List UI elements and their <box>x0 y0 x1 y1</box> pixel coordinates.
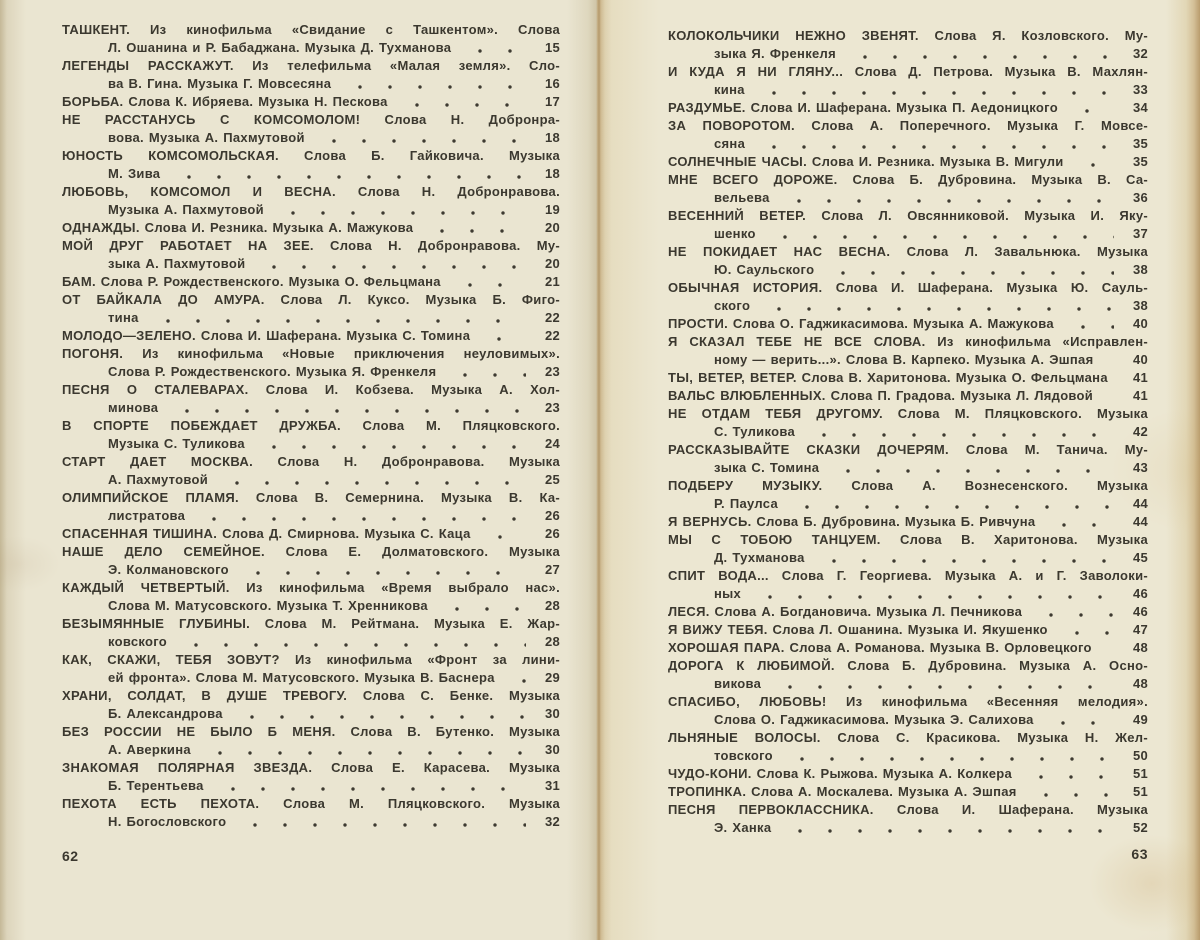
dot-leader <box>1074 153 1114 171</box>
dot-leader <box>1103 351 1114 369</box>
toc-entry: СПАСИБО, ЛЮБОВЬ! Из кинофильма «Весенняя… <box>668 693 1148 729</box>
toc-entry-text: С. Туликова <box>668 423 795 441</box>
toc-entry: Я ВЕРНУСЬ. Слова Б. Дубровина. Музыка Б.… <box>668 513 1148 531</box>
toc-entry-text: ОБЫЧНАЯ ИСТОРИЯ. Слова И. Шаферана. Музы… <box>668 280 1148 295</box>
toc-page-ref: 20 <box>538 219 560 237</box>
toc-entry: ЮНОСТЬ КОМСОМОЛЬСКАЯ. Слова Б. Гайковича… <box>62 147 560 183</box>
toc-page-ref: 32 <box>1126 45 1148 63</box>
toc-page-ref: 30 <box>538 741 560 759</box>
toc-entry-line: Я ВИЖУ ТЕБЯ. Слова Л. Ошанина. Музыка И.… <box>668 621 1148 639</box>
dot-leader <box>1068 99 1114 117</box>
toc-entry-line: Н. Богословского32 <box>62 813 560 831</box>
toc-entry: НАШЕ ДЕЛО СЕМЕЙНОЕ. Слова Е. Долматовско… <box>62 543 560 579</box>
toc-entry: РАССКАЗЫВАЙТЕ СКАЗКИ ДОЧЕРЯМ. Слова М. Т… <box>668 441 1148 477</box>
toc-entry-text: тина <box>62 309 139 327</box>
toc-entry-text: ТЫ, ВЕТЕР, ВЕТЕР. Слова В. Харитонова. М… <box>668 369 1104 387</box>
page-left: ТАШКЕНТ. Из кинофильма «Свидание с Ташке… <box>0 0 597 940</box>
toc-entry-line: Слова Р. Рождественского. Музыка Я. Френ… <box>62 363 560 381</box>
toc-entry: ПОДБЕРУ МУЗЫКУ. Слова А. Вознесенского. … <box>668 477 1148 513</box>
toc-entry-text: зыка А. Пахмутовой <box>62 255 245 273</box>
toc-entry-line: ВАЛЬС ВЛЮБЛЕННЫХ. Слова П. Градова. Музы… <box>668 387 1148 405</box>
toc-entry-line: КАЖДЫЙ ЧЕТВЕРТЫЙ. Из кинофильма «Время в… <box>62 579 560 597</box>
toc-page-ref: 38 <box>1126 297 1148 315</box>
toc-entry: ЛЕГЕНДЫ РАССКАЖУТ. Из телефильма «Малая … <box>62 57 560 93</box>
toc-page-ref: 29 <box>538 669 560 687</box>
toc-page-ref: 17 <box>538 93 560 111</box>
toc-entry: ОДНАЖДЫ. Слова И. Резника. Музыка А. Маж… <box>62 219 560 237</box>
toc-column-left: ТАШКЕНТ. Из кинофильма «Свидание с Ташке… <box>0 0 597 831</box>
toc-entry-line: сяна35 <box>668 135 1148 153</box>
toc-entry-line: МОЙ ДРУГ РАБОТАЕТ НА ЗЕЕ. Слова Н. Добро… <box>62 237 560 255</box>
dot-leader <box>446 363 526 381</box>
toc-entry-text: Слова Р. Рождественского. Музыка Я. Френ… <box>62 363 436 381</box>
toc-page-ref: 18 <box>538 165 560 183</box>
toc-entry: ДОРОГА К ЛЮБИМОЙ. Слова Б. Дубровина. Му… <box>668 657 1148 693</box>
toc-entry-line: БЕЗЫМЯННЫЕ ГЛУБИНЫ. Слова М. Рейтмана. М… <box>62 615 560 633</box>
toc-entry: КОЛОКОЛЬЧИКИ НЕЖНО ЗВЕНЯТ. Слова Я. Козл… <box>668 27 1148 63</box>
toc-entry: ТАШКЕНТ. Из кинофильма «Свидание с Ташке… <box>62 21 560 57</box>
toc-entry-text: вельева <box>668 189 770 207</box>
toc-entry-text: РАССКАЗЫВАЙТЕ СКАЗКИ ДОЧЕРЯМ. Слова М. Т… <box>668 442 1148 457</box>
toc-entry-line: ТАШКЕНТ. Из кинофильма «Свидание с Ташке… <box>62 21 560 39</box>
toc-entry-line: ПРОСТИ. Слова О. Гаджикасимова. Музыка А… <box>668 315 1148 333</box>
toc-entry-line: викова48 <box>668 675 1148 693</box>
toc-page-ref: 28 <box>538 633 560 651</box>
toc-entry-line: ЗА ПОВОРОТОМ. Слова А. Поперечного. Музы… <box>668 117 1148 135</box>
toc-entry-line: В СПОРТЕ ПОБЕЖДАЕТ ДРУЖБА. Слова М. Пляц… <box>62 417 560 435</box>
dot-leader <box>315 129 526 147</box>
dot-leader <box>771 675 1114 693</box>
dot-leader <box>824 261 1114 279</box>
toc-page-ref: 22 <box>538 309 560 327</box>
toc-page-ref: 52 <box>1126 819 1148 837</box>
toc-entry-line: листратова26 <box>62 507 560 525</box>
dot-leader <box>1045 513 1114 531</box>
toc-entry-text: ПОГОНЯ. Из кинофильма «Новые приключения… <box>62 346 560 361</box>
toc-entry-text: кина <box>668 81 745 99</box>
toc-entry-text: Р. Паулса <box>668 495 778 513</box>
toc-entry-line: КАК, СКАЖИ, ТЕБЯ ЗОВУТ? Из кинофильма «Ф… <box>62 651 560 669</box>
toc-page-ref: 34 <box>1126 99 1148 117</box>
toc-entry-line: Э. Ханка52 <box>668 819 1148 837</box>
toc-entry-line: М. Зива18 <box>62 165 560 183</box>
toc-entry-line: ского38 <box>668 297 1148 315</box>
toc-entry-text: Музыка С. Туликова <box>62 435 245 453</box>
toc-page-ref: 45 <box>1126 549 1148 567</box>
toc-entry-text: МОЙ ДРУГ РАБОТАЕТ НА ЗЕЕ. Слова Н. Добро… <box>62 238 560 253</box>
toc-column-right: КОЛОКОЛЬЧИКИ НЕЖНО ЗВЕНЯТ. Слова Я. Козл… <box>597 0 1200 837</box>
toc-entry: Я СКАЗАЛ ТЕБЕ НЕ ВСЕ СЛОВА. Из кинофильм… <box>668 333 1148 369</box>
toc-entry-line: ПОГОНЯ. Из кинофильма «Новые приключения… <box>62 345 560 363</box>
toc-entry-text: ВАЛЬС ВЛЮБЛЕННЫХ. Слова П. Градова. Музы… <box>668 387 1093 405</box>
toc-page-ref: 44 <box>1126 513 1148 531</box>
toc-entry: ПЕХОТА ЕСТЬ ПЕХОТА. Слова М. Пляцковског… <box>62 795 560 831</box>
toc-entry: КАК, СКАЖИ, ТЕБЯ ЗОВУТ? Из кинофильма «Ф… <box>62 651 560 687</box>
dot-leader <box>1032 603 1114 621</box>
toc-entry-line: ОТ БАЙКАЛА ДО АМУРА. Слова Л. Куксо. Муз… <box>62 291 560 309</box>
toc-entry-text: КАК, СКАЖИ, ТЕБЯ ЗОВУТ? Из кинофильма «Ф… <box>62 652 560 667</box>
toc-entry-line: Ю. Саульского38 <box>668 261 1148 279</box>
toc-entry-text: РАЗДУМЬЕ. Слова И. Шаферана. Музыка П. А… <box>668 99 1058 117</box>
toc-entry-text: Б. Александрова <box>62 705 223 723</box>
toc-entry-text: Э. Колмановского <box>62 561 229 579</box>
toc-page-ref: 16 <box>538 75 560 93</box>
toc-entry-line: зыка С. Томина43 <box>668 459 1148 477</box>
toc-entry-line: ному — верить...». Слова В. Карпеко. Муз… <box>668 351 1148 369</box>
toc-entry-line: ных46 <box>668 585 1148 603</box>
toc-entry-text: МОЛОДО—ЗЕЛЕНО. Слова И. Шаферана. Музыка… <box>62 327 470 345</box>
dot-leader <box>195 507 526 525</box>
toc-entry-line: тина22 <box>62 309 560 327</box>
toc-entry-line: кина33 <box>668 81 1148 99</box>
toc-entry-text: зыка С. Томина <box>668 459 819 477</box>
toc-entry-text: М. Зива <box>62 165 160 183</box>
toc-entry-line: РАССКАЗЫВАЙТЕ СКАЗКИ ДОЧЕРЯМ. Слова М. Т… <box>668 441 1148 459</box>
toc-page-ref: 38 <box>1126 261 1148 279</box>
toc-page-ref: 30 <box>538 705 560 723</box>
toc-entry-line: ЮНОСТЬ КОМСОМОЛЬСКАЯ. Слова Б. Гайковича… <box>62 147 560 165</box>
dot-leader <box>236 813 526 831</box>
toc-entry-line: МОЛОДО—ЗЕЛЕНО. Слова И. Шаферана. Музыка… <box>62 327 560 345</box>
toc-entry-text: ТРОПИНКА. Слова А. Москалева. Музыка А. … <box>668 783 1017 801</box>
toc-entry: БАМ. Слова Р. Рождественского. Музыка О.… <box>62 273 560 291</box>
toc-entry-text: ных <box>668 585 741 603</box>
toc-entry-line: ковского28 <box>62 633 560 651</box>
toc-entry-text: Б. Терентьева <box>62 777 204 795</box>
toc-entry: ТЫ, ВЕТЕР, ВЕТЕР. Слова В. Харитонова. М… <box>668 369 1148 387</box>
toc-entry: ЗА ПОВОРОТОМ. Слова А. Поперечного. Музы… <box>668 117 1148 153</box>
toc-entry-text: Музыка А. Пахмутовой <box>62 201 264 219</box>
toc-entry-line: ПЕСНЯ ПЕРВОКЛАССНИКА. Слова И. Шаферана.… <box>668 801 1148 819</box>
book-scan: ТАШКЕНТ. Из кинофильма «Свидание с Ташке… <box>0 0 1200 940</box>
toc-entry-line: ТЫ, ВЕТЕР, ВЕТЕР. Слова В. Харитонова. М… <box>668 369 1148 387</box>
toc-entry-text: НАШЕ ДЕЛО СЕМЕЙНОЕ. Слова Е. Долматовско… <box>62 544 560 559</box>
toc-entry-text: ского <box>668 297 750 315</box>
toc-entry-text: Н. Богословского <box>62 813 226 831</box>
toc-entry: НЕ РАССТАНУСЬ С КОМСОМОЛОМ! Слова Н. Доб… <box>62 111 560 147</box>
toc-page-ref: 18 <box>538 129 560 147</box>
dot-leader <box>255 255 526 273</box>
toc-entry-text: ПРОСТИ. Слова О. Гаджикасимова. Музыка А… <box>668 315 1054 333</box>
dot-leader <box>239 561 526 579</box>
dot-leader <box>1102 639 1114 657</box>
toc-page-ref: 36 <box>1126 189 1148 207</box>
toc-entry: ОЛИМПИЙСКОЕ ПЛАМЯ. Слова В. Семернина. М… <box>62 489 560 525</box>
toc-page-ref: 40 <box>1126 351 1148 369</box>
toc-entry-line: БОРЬБА. Слова К. Ибряева. Музыка Н. Песк… <box>62 93 560 111</box>
toc-entry-line: вова. Музыка А. Пахмутовой18 <box>62 129 560 147</box>
toc-entry-line: Л. Ошанина и Р. Бабаджана. Музыка Д. Тух… <box>62 39 560 57</box>
toc-entry: РАЗДУМЬЕ. Слова И. Шаферана. Музыка П. А… <box>668 99 1148 117</box>
toc-entry-text: ей фронта». Слова М. Матусовского. Музык… <box>62 669 495 687</box>
toc-entry: ОБЫЧНАЯ ИСТОРИЯ. Слова И. Шаферана. Музы… <box>668 279 1148 315</box>
dot-leader <box>438 597 526 615</box>
toc-entry-line: ЧУДО-КОНИ. Слова К. Рыжова. Музыка А. Ко… <box>668 765 1148 783</box>
toc-page-ref: 50 <box>1126 747 1148 765</box>
toc-entry-text: КОЛОКОЛЬЧИКИ НЕЖНО ЗВЕНЯТ. Слова Я. Козл… <box>668 28 1148 43</box>
toc-entry-text: ПЕСНЯ ПЕРВОКЛАССНИКА. Слова И. Шаферана.… <box>668 802 1148 817</box>
toc-entry-text: ОТ БАЙКАЛА ДО АМУРА. Слова Л. Куксо. Муз… <box>62 292 560 307</box>
dot-leader <box>1027 783 1114 801</box>
dot-leader <box>274 201 526 219</box>
toc-entry-line: А. Аверкина30 <box>62 741 560 759</box>
page-number-left: 62 <box>62 848 560 864</box>
dot-leader <box>783 747 1114 765</box>
toc-page-ref: 47 <box>1126 621 1148 639</box>
toc-entry-line: ПОДБЕРУ МУЗЫКУ. Слова А. Вознесенского. … <box>668 477 1148 495</box>
dot-leader <box>451 273 526 291</box>
toc-entry-text: А. Пахмутовой <box>62 471 208 489</box>
toc-entry-text: ЗА ПОВОРОТОМ. Слова А. Поперечного. Музы… <box>668 118 1148 133</box>
toc-entry: СПАСЕННАЯ ТИШИНА. Слова Д. Смирнова. Муз… <box>62 525 560 543</box>
toc-entry-text: ТАШКЕНТ. Из кинофильма «Свидание с Ташке… <box>62 22 560 37</box>
toc-entry: МОЛОДО—ЗЕЛЕНО. Слова И. Шаферана. Музыка… <box>62 327 560 345</box>
toc-page-ref: 37 <box>1126 225 1148 243</box>
toc-page-ref: 20 <box>538 255 560 273</box>
dot-leader <box>341 75 526 93</box>
dot-leader <box>480 327 526 345</box>
toc-page-ref: 48 <box>1126 639 1148 657</box>
toc-entry-text: А. Аверкина <box>62 741 191 759</box>
toc-entry-text: ковского <box>62 633 167 651</box>
toc-page-ref: 40 <box>1126 315 1148 333</box>
toc-entry-line: РАЗДУМЬЕ. Слова И. Шаферана. Музыка П. А… <box>668 99 1148 117</box>
toc-entry: И КУДА Я НИ ГЛЯНУ... Слова Д. Петрова. М… <box>668 63 1148 99</box>
dot-leader <box>255 435 526 453</box>
toc-entry-text: ЛЮБОВЬ, КОМСОМОЛ И ВЕСНА. Слова Н. Добро… <box>62 184 560 199</box>
toc-entry-text: БЕЗЫМЯННЫЕ ГЛУБИНЫ. Слова М. Рейтмана. М… <box>62 616 560 631</box>
toc-entry-line: НЕ ПОКИДАЕТ НАС ВЕСНА. Слова Л. Завальню… <box>668 243 1148 261</box>
toc-entry-text: ПЕХОТА ЕСТЬ ПЕХОТА. Слова М. Пляцковског… <box>62 796 560 811</box>
dot-leader <box>168 399 526 417</box>
toc-entry: МНЕ ВСЕГО ДОРОЖЕ. Слова Б. Дубровина. Му… <box>668 171 1148 207</box>
toc-page-ref: 42 <box>1126 423 1148 441</box>
toc-entry-text: ному — верить...». Слова В. Карпеко. Муз… <box>668 351 1093 369</box>
toc-entry-line: ЗНАКОМАЯ ПОЛЯРНАЯ ЗВЕЗДА. Слова Е. Карас… <box>62 759 560 777</box>
toc-entry-text: ЧУДО-КОНИ. Слова К. Рыжова. Музыка А. Ко… <box>668 765 1012 783</box>
dot-leader <box>1058 621 1114 639</box>
toc-entry-text: минова <box>62 399 158 417</box>
toc-entry-line: зыка А. Пахмутовой20 <box>62 255 560 273</box>
toc-entry-text: В СПОРТЕ ПОБЕЖДАЕТ ДРУЖБА. Слова М. Пляц… <box>62 418 560 433</box>
toc-entry-text: Э. Ханка <box>668 819 771 837</box>
toc-entry: Я ВИЖУ ТЕБЯ. Слова Л. Ошанина. Музыка И.… <box>668 621 1148 639</box>
toc-entry-line: ТРОПИНКА. Слова А. Москалева. Музыка А. … <box>668 783 1148 801</box>
toc-entry: ВЕСЕННИЙ ВЕТЕР. Слова Л. Овсянниковой. М… <box>668 207 1148 243</box>
dot-leader <box>481 525 526 543</box>
toc-entry: ПЕСНЯ О СТАЛЕВАРАХ. Слова И. Кобзева. Му… <box>62 381 560 417</box>
dot-leader <box>760 297 1114 315</box>
toc-page-ref: 24 <box>538 435 560 453</box>
toc-page-ref: 35 <box>1126 135 1148 153</box>
toc-entry-text: СПАСИБО, ЛЮБОВЬ! Из кинофильма «Весенняя… <box>668 694 1148 709</box>
toc-page-ref: 19 <box>538 201 560 219</box>
toc-entry-line: Э. Колмановского27 <box>62 561 560 579</box>
toc-entry-line: ДОРОГА К ЛЮБИМОЙ. Слова Б. Дубровина. Му… <box>668 657 1148 675</box>
dot-leader <box>218 471 526 489</box>
toc-entry-text: НЕ ОТДАМ ТЕБЯ ДРУГОМУ. Слова М. Пляцковс… <box>668 406 1148 421</box>
toc-page-ref: 26 <box>538 507 560 525</box>
toc-entry-text: ЮНОСТЬ КОМСОМОЛЬСКАЯ. Слова Б. Гайковича… <box>62 148 560 163</box>
toc-entry-line: С. Туликова42 <box>668 423 1148 441</box>
toc-entry-text: вова. Музыка А. Пахмутовой <box>62 129 305 147</box>
toc-entry-text: МНЕ ВСЕГО ДОРОЖЕ. Слова Б. Дубровина. Му… <box>668 172 1148 187</box>
toc-entry: ЗНАКОМАЯ ПОЛЯРНАЯ ЗВЕЗДА. Слова Е. Карас… <box>62 759 560 795</box>
dot-leader <box>1103 387 1114 405</box>
toc-entry-line: СПАСИБО, ЛЮБОВЬ! Из кинофильма «Весенняя… <box>668 693 1148 711</box>
toc-entry-line: МЫ С ТОБОЮ ТАНЦУЕМ. Слова В. Харитонова.… <box>668 531 1148 549</box>
toc-entry: КАЖДЫЙ ЧЕТВЕРТЫЙ. Из кинофильма «Время в… <box>62 579 560 615</box>
toc-entry-text: ва В. Гина. Музыка Г. Мовсесяна <box>62 75 331 93</box>
toc-entry: БОРЬБА. Слова К. Ибряева. Музыка Н. Песк… <box>62 93 560 111</box>
toc-entry: НЕ ПОКИДАЕТ НАС ВЕСНА. Слова Л. Завальню… <box>668 243 1148 279</box>
toc-page-ref: 48 <box>1126 675 1148 693</box>
dot-leader <box>170 165 526 183</box>
toc-entry: ТРОПИНКА. Слова А. Москалева. Музыка А. … <box>668 783 1148 801</box>
toc-entry-line: БАМ. Слова Р. Рождественского. Музыка О.… <box>62 273 560 291</box>
toc-entry-line: СПИТ ВОДА... Слова Г. Георгиева. Музыка … <box>668 567 1148 585</box>
dot-leader <box>805 423 1114 441</box>
toc-entry: БЕЗЫМЯННЫЕ ГЛУБИНЫ. Слова М. Рейтмана. М… <box>62 615 560 651</box>
dot-leader <box>788 495 1114 513</box>
toc-entry-line: Слова О. Гаджикасимова. Музыка Э. Салихо… <box>668 711 1148 729</box>
toc-entry-line: шенко37 <box>668 225 1148 243</box>
toc-entry-line: Р. Паулса44 <box>668 495 1148 513</box>
dot-leader <box>177 633 526 651</box>
toc-entry-line: вельева36 <box>668 189 1148 207</box>
toc-entry-text: ДОРОГА К ЛЮБИМОЙ. Слова Б. Дубровина. Му… <box>668 658 1148 673</box>
toc-page-ref: 26 <box>538 525 560 543</box>
toc-page-ref: 22 <box>538 327 560 345</box>
toc-entry-line: СОЛНЕЧНЫЕ ЧАСЫ. Слова И. Резника. Музыка… <box>668 153 1148 171</box>
page-number-right: 63 <box>668 846 1148 862</box>
toc-page-ref: 32 <box>538 813 560 831</box>
toc-page-ref: 41 <box>1126 387 1148 405</box>
toc-entry-line: СТАРТ ДАЕТ МОСКВА. Слова Н. Добронравова… <box>62 453 560 471</box>
toc-entry-line: БЕЗ РОССИИ НЕ БЫЛО Б МЕНЯ. Слова В. Буте… <box>62 723 560 741</box>
toc-entry-text: ЛЕСЯ. Слова А. Богдановича. Музыка Л. Пе… <box>668 603 1022 621</box>
toc-entry-text: сяна <box>668 135 745 153</box>
dot-leader <box>846 45 1114 63</box>
toc-page-ref: 23 <box>538 399 560 417</box>
toc-entry-text: ЛЬНЯНЫЕ ВОЛОСЫ. Слова С. Красикова. Музы… <box>668 730 1148 745</box>
toc-entry: ЧУДО-КОНИ. Слова К. Рыжова. Музыка А. Ко… <box>668 765 1148 783</box>
toc-entry-text: Слова О. Гаджикасимова. Музыка Э. Салихо… <box>668 711 1034 729</box>
toc-entry-text: ПЕСНЯ О СТАЛЕВАРАХ. Слова И. Кобзева. Му… <box>62 382 560 397</box>
toc-entry: БЕЗ РОССИИ НЕ БЫЛО Б МЕНЯ. Слова В. Буте… <box>62 723 560 759</box>
toc-entry-text: СПИТ ВОДА... Слова Г. Георгиева. Музыка … <box>668 568 1148 583</box>
toc-entry: ЛЕСЯ. Слова А. Богдановича. Музыка Л. Пе… <box>668 603 1148 621</box>
toc-page-ref: 21 <box>538 273 560 291</box>
dot-leader <box>815 549 1114 567</box>
toc-entry-line: НАШЕ ДЕЛО СЕМЕЙНОЕ. Слова Е. Долматовско… <box>62 543 560 561</box>
dot-leader <box>398 93 526 111</box>
toc-entry-text: ВЕСЕННИЙ ВЕТЕР. Слова Л. Овсянниковой. М… <box>668 208 1148 223</box>
toc-entry-text: НЕ ПОКИДАЕТ НАС ВЕСНА. Слова Л. Завальню… <box>668 244 1148 259</box>
toc-entry-line: минова23 <box>62 399 560 417</box>
toc-entry-text: зыка Я. Френкеля <box>668 45 836 63</box>
toc-entry-text: СПАСЕННАЯ ТИШИНА. Слова Д. Смирнова. Муз… <box>62 525 471 543</box>
toc-entry-line: ОДНАЖДЫ. Слова И. Резника. Музыка А. Маж… <box>62 219 560 237</box>
toc-page-ref: 49 <box>1126 711 1148 729</box>
toc-page-ref: 31 <box>538 777 560 795</box>
toc-entry-line: Слова М. Матусовского. Музыка Т. Хренник… <box>62 597 560 615</box>
toc-entry: СТАРТ ДАЕТ МОСКВА. Слова Н. Добронравова… <box>62 453 560 489</box>
toc-entry: ЛЬНЯНЫЕ ВОЛОСЫ. Слова С. Красикова. Музы… <box>668 729 1148 765</box>
toc-page-ref: 46 <box>1126 585 1148 603</box>
toc-entry: В СПОРТЕ ПОБЕЖДАЕТ ДРУЖБА. Слова М. Пляц… <box>62 417 560 453</box>
toc-entry-line: ХРАНИ, СОЛДАТ, В ДУШЕ ТРЕВОГУ. Слова С. … <box>62 687 560 705</box>
dot-leader <box>149 309 526 327</box>
dot-leader <box>1044 711 1114 729</box>
toc-entry-text: товского <box>668 747 773 765</box>
toc-entry-text: Я ВИЖУ ТЕБЯ. Слова Л. Ошанина. Музыка И.… <box>668 621 1048 639</box>
dot-leader <box>755 135 1114 153</box>
toc-entry-line: ХОРОШАЯ ПАРА. Слова А. Романова. Музыка … <box>668 639 1148 657</box>
toc-entry-line: Д. Тухманова45 <box>668 549 1148 567</box>
dot-leader <box>780 189 1114 207</box>
toc-entry-line: товского50 <box>668 747 1148 765</box>
dot-leader <box>1064 315 1114 333</box>
toc-entry-line: ПЕХОТА ЕСТЬ ПЕХОТА. Слова М. Пляцковског… <box>62 795 560 813</box>
toc-entry-text: Ю. Саульского <box>668 261 814 279</box>
toc-entry-text: викова <box>668 675 761 693</box>
dot-leader <box>1022 765 1114 783</box>
page-right: КОЛОКОЛЬЧИКИ НЕЖНО ЗВЕНЯТ. Слова Я. Козл… <box>597 0 1200 940</box>
toc-entry-line: И КУДА Я НИ ГЛЯНУ... Слова Д. Петрова. М… <box>668 63 1148 81</box>
toc-entry-text: Л. Ошанина и Р. Бабаджана. Музыка Д. Тух… <box>62 39 451 57</box>
toc-entry-line: ОЛИМПИЙСКОЕ ПЛАМЯ. Слова В. Семернина. М… <box>62 489 560 507</box>
toc-page-ref: 25 <box>538 471 560 489</box>
dot-leader <box>751 585 1114 603</box>
toc-entry: ПРОСТИ. Слова О. Гаджикасимова. Музыка А… <box>668 315 1148 333</box>
toc-entry-text: ЗНАКОМАЯ ПОЛЯРНАЯ ЗВЕЗДА. Слова Е. Карас… <box>62 760 560 775</box>
toc-entry: СОЛНЕЧНЫЕ ЧАСЫ. Слова И. Резника. Музыка… <box>668 153 1148 171</box>
toc-entry: ВАЛЬС ВЛЮБЛЕННЫХ. Слова П. Градова. Музы… <box>668 387 1148 405</box>
toc-entry-text: ОДНАЖДЫ. Слова И. Резника. Музыка А. Маж… <box>62 219 413 237</box>
toc-entry-line: ЛЕГЕНДЫ РАССКАЖУТ. Из телефильма «Малая … <box>62 57 560 75</box>
toc-entry-line: Я СКАЗАЛ ТЕБЕ НЕ ВСЕ СЛОВА. Из кинофильм… <box>668 333 1148 351</box>
toc-entry-line: СПАСЕННАЯ ТИШИНА. Слова Д. Смирнова. Муз… <box>62 525 560 543</box>
toc-page-ref: 51 <box>1126 783 1148 801</box>
toc-entry-line: Б. Александрова30 <box>62 705 560 723</box>
toc-entry-text: ХОРОШАЯ ПАРА. Слова А. Романова. Музыка … <box>668 639 1092 657</box>
toc-page-ref: 46 <box>1126 603 1148 621</box>
dot-leader <box>505 669 526 687</box>
toc-page-ref: 51 <box>1126 765 1148 783</box>
toc-entry-text: Я ВЕРНУСЬ. Слова Б. Дубровина. Музыка Б.… <box>668 513 1035 531</box>
toc-entry-line: Я ВЕРНУСЬ. Слова Б. Дубровина. Музыка Б.… <box>668 513 1148 531</box>
dot-leader <box>423 219 526 237</box>
toc-entry-line: ей фронта». Слова М. Матусовского. Музык… <box>62 669 560 687</box>
toc-entry-text: МЫ С ТОБОЮ ТАНЦУЕМ. Слова В. Харитонова.… <box>668 532 1148 547</box>
toc-entry-line: А. Пахмутовой25 <box>62 471 560 489</box>
toc-entry: МЫ С ТОБОЮ ТАНЦУЕМ. Слова В. Харитонова.… <box>668 531 1148 567</box>
toc-entry-text: БАМ. Слова Р. Рождественского. Музыка О.… <box>62 273 441 291</box>
toc-entry-line: ва В. Гина. Музыка Г. Мовсесяна16 <box>62 75 560 93</box>
toc-entry-line: зыка Я. Френкеля32 <box>668 45 1148 63</box>
toc-entry-text: КАЖДЫЙ ЧЕТВЕРТЫЙ. Из кинофильма «Время в… <box>62 580 560 595</box>
dot-leader <box>214 777 526 795</box>
toc-entry-line: Б. Терентьева31 <box>62 777 560 795</box>
toc-entry: НЕ ОТДАМ ТЕБЯ ДРУГОМУ. Слова М. Пляцковс… <box>668 405 1148 441</box>
toc-entry: ХОРОШАЯ ПАРА. Слова А. Романова. Музыка … <box>668 639 1148 657</box>
toc-page-ref: 15 <box>538 39 560 57</box>
toc-entry-text: СОЛНЕЧНЫЕ ЧАСЫ. Слова И. Резника. Музыка… <box>668 153 1064 171</box>
dot-leader <box>233 705 526 723</box>
toc-entry-line: ЛЬНЯНЫЕ ВОЛОСЫ. Слова С. Красикова. Музы… <box>668 729 1148 747</box>
dot-leader <box>201 741 526 759</box>
